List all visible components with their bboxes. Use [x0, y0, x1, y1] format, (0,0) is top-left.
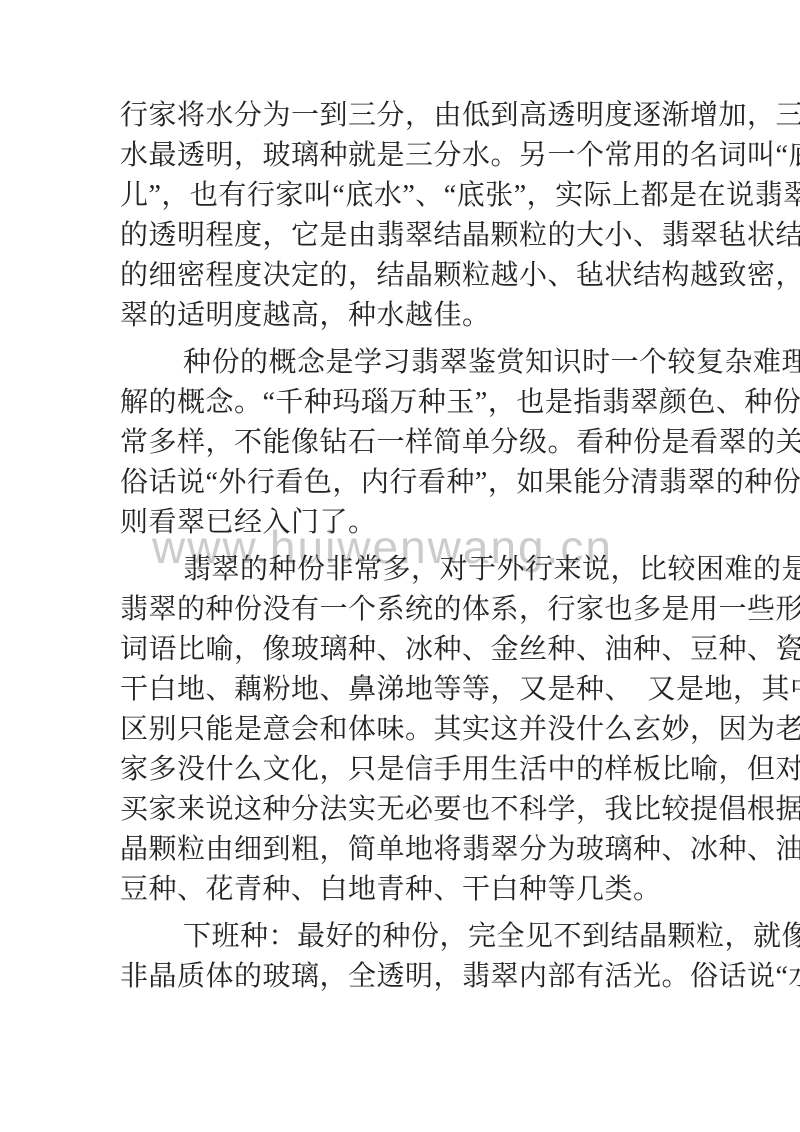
- text-line: 水最透明，玻璃种就是三分水。另一个常用的名词叫“底: [120, 136, 686, 176]
- text-line: 行家将水分为一到三分，由低到高透明度逐渐增加，三分: [120, 96, 686, 136]
- text-line: 词语比喻，像玻璃种、冰种、金丝种、油种、豆种、瓷地、: [120, 630, 686, 670]
- paragraph: 行家将水分为一到三分，由低到高透明度逐渐增加，三分 水最透明，玻璃种就是三分水。…: [120, 96, 686, 336]
- document-page: www.huiwenwang.cn 行家将水分为一到三分，由低到高透明度逐渐增加…: [0, 0, 800, 1132]
- paragraph: 下班种：最好的种份，完全见不到结晶颗粒，就像 非晶质体的玻璃，全透明，翡翠内部有…: [120, 917, 686, 997]
- text-line: 种份的概念是学习翡翠鉴赏知识时一个较复杂难理: [120, 343, 686, 383]
- text-line: 翡翠的种份没有一个系统的体系，行家也多是用一些形象: [120, 590, 686, 630]
- text-line: 则看翠已经入门了。: [120, 503, 686, 543]
- paragraph: 翡翠的种份非常多，对于外行来说，比较困难的是 翡翠的种份没有一个系统的体系，行家…: [120, 550, 686, 910]
- document-text: 行家将水分为一到三分，由低到高透明度逐渐增加，三分 水最透明，玻璃种就是三分水。…: [120, 96, 686, 997]
- text-line: 家多没什么文化，只是信手用生活中的样板比喻，但对于: [120, 750, 686, 790]
- text-line: 区别只能是意会和体味。其实这并没什么玄妙，因为老行: [120, 710, 686, 750]
- text-line: 豆种、花青种、白地青种、干白种等几类。: [120, 870, 686, 910]
- text-line: 干白地、藕粉地、鼻涕地等等，又是种、 又是地，其中的: [120, 670, 686, 710]
- text-line: 常多样，不能像钻石一样简单分级。看种份是看翠的关键，: [120, 423, 686, 463]
- paragraph: 种份的概念是学习翡翠鉴赏知识时一个较复杂难理 解的概念。“千种玛瑙万种玉”，也是…: [120, 343, 686, 543]
- text-line: 的透明程度，它是由翡翠结晶颗粒的大小、翡翠毡状结构: [120, 216, 686, 256]
- text-line: 晶颗粒由细到粗，简单地将翡翠分为玻璃种、冰种、油种、: [120, 830, 686, 870]
- text-line: 儿”，也有行家叫“底水”、“底张”，实际上都是在说翡翠: [120, 176, 686, 216]
- text-line: 解的概念。“千种玛瑙万种玉”，也是指翡翠颜色、种份非: [120, 383, 686, 423]
- text-line: 非晶质体的玻璃，全透明，翡翠内部有活光。俗话说“水: [120, 957, 686, 997]
- text-line: 买家来说这种分法实无必要也不科学，我比较提倡根据结: [120, 790, 686, 830]
- text-line: 翠的适明度越高，种水越佳。: [120, 296, 686, 336]
- text-line: 俗话说“外行看色，内行看种”，如果能分清翡翠的种份，: [120, 463, 686, 503]
- text-line: 下班种：最好的种份，完全见不到结晶颗粒，就像: [120, 917, 686, 957]
- text-line: 翡翠的种份非常多，对于外行来说，比较困难的是: [120, 550, 686, 590]
- text-line: 的细密程度决定的，结晶颗粒越小、毡状结构越致密，翡: [120, 256, 686, 296]
